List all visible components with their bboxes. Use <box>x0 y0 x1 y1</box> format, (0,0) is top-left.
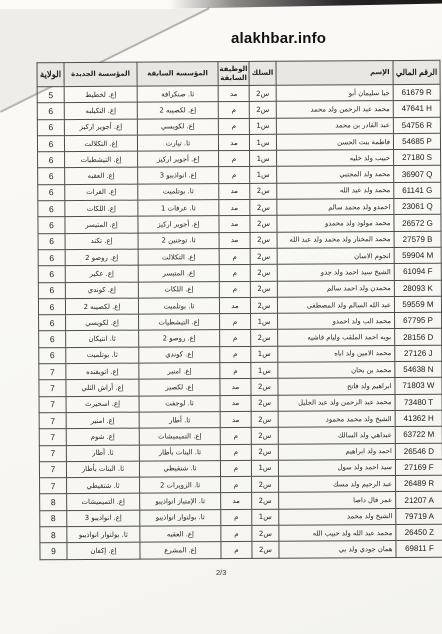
cell-new-institution: إع. التكلالت <box>64 135 137 152</box>
cell-previous-job: م <box>221 509 252 525</box>
cell-name: احمدو ولد محمد سالم <box>277 199 394 216</box>
cell-new-institution: ثا. أطار <box>66 445 139 462</box>
cell-previous-job: م <box>221 525 252 541</box>
cell-corps: س2 <box>250 232 277 248</box>
cell-wilaya: 7 <box>39 413 66 429</box>
cell-wilaya: 7 <box>39 396 66 412</box>
cell-previous-job: م <box>218 118 249 134</box>
cell-previous-institution: ثا. الإمتياز انواذيبو <box>140 493 221 510</box>
cell-wilaya: 6 <box>37 119 64 135</box>
cell-name: محمدن ولد احمد سالم <box>277 280 394 297</box>
cell-name: الشيخ سيد احمد ولد جدو <box>277 264 394 281</box>
cell-new-institution: إع. الفرات <box>65 184 138 201</box>
cell-financial-id: 61141 G <box>394 182 441 199</box>
cell-previous-institution: ثا. توجنين 2 <box>138 232 219 249</box>
cell-name: عبداهي ولد السالك <box>278 427 395 444</box>
cell-previous-institution: إع. التكلالت <box>138 249 219 266</box>
cell-wilaya: 6 <box>38 184 65 200</box>
cell-corps: س2 <box>251 395 278 411</box>
cell-previous-institution: إع. لكصير <box>139 379 220 396</box>
cell-corps: س2 <box>251 379 278 395</box>
cell-corps: س1 <box>251 346 278 362</box>
cell-corps: س1 <box>251 313 278 329</box>
site-watermark: alakhbar.info <box>231 30 326 47</box>
cell-wilaya: 7 <box>39 461 66 477</box>
cell-wilaya: 6 <box>39 347 66 363</box>
cell-name: سيد احمد ولد سول <box>278 459 395 476</box>
cell-name: جيا سليمان أبو <box>276 85 393 102</box>
cell-wilaya: 6 <box>39 315 66 331</box>
cell-previous-institution: إع. كوندي <box>139 346 220 363</box>
cell-corps: س1 <box>251 362 278 378</box>
cell-previous-institution: إع. اللكات <box>138 281 219 298</box>
cell-new-institution: إع. اتويفنده <box>66 363 139 380</box>
header-new-institution: المؤسسة الجديدة <box>64 62 137 86</box>
cell-wilaya: 6 <box>38 152 65 168</box>
cell-corps: س2 <box>250 183 277 199</box>
cell-corps: س1 <box>252 509 279 525</box>
cell-new-institution: إع. تكند <box>65 233 138 250</box>
cell-wilaya: 5 <box>37 87 64 103</box>
cell-corps: س2 <box>250 281 277 297</box>
cell-name: عبد الله السالم ولد المصطفى <box>277 296 394 313</box>
cell-wilaya: 7 <box>39 364 66 380</box>
cell-previous-institution: إع. التميميشات <box>139 428 220 445</box>
cell-previous-job: م <box>220 346 251 362</box>
cell-corps: س2 <box>251 411 278 427</box>
cell-corps: س2 <box>251 428 278 444</box>
cell-name: محمد ولد عبد الله <box>277 182 394 199</box>
transfer-table: الرقم المالي الإسم السلك الوظيفة السابقة… <box>36 60 442 560</box>
cell-new-institution: ثا. انتيكان <box>66 331 139 348</box>
cell-new-institution: إع. عكير <box>65 265 138 282</box>
cell-corps: س2 <box>249 85 276 101</box>
cell-previous-institution: إع. التيشطيات <box>139 314 220 331</box>
cell-previous-institution: ثا. بولنوار انواذيبو <box>140 509 221 526</box>
cell-previous-institution: إع. المتيسر <box>138 265 219 282</box>
cell-financial-id: 26546 D <box>395 443 442 460</box>
cell-financial-id: 71803 W <box>395 378 442 395</box>
cell-financial-id: 59559 M <box>394 296 441 313</box>
cell-new-institution: إع. اللكات <box>65 200 138 217</box>
table-header: الرقم المالي الإسم السلك الوظيفة السابقة… <box>37 60 442 87</box>
cell-financial-id: 73480 T <box>395 394 442 411</box>
cell-name: محمد المختار ولد محمد ولد عبد الله <box>277 231 394 248</box>
cell-previous-institution: إع. انواذيبو 3 <box>138 167 219 184</box>
cell-wilaya: 6 <box>38 201 65 217</box>
cell-corps: س2 <box>252 542 279 558</box>
cell-wilaya: 7 <box>39 429 66 445</box>
cell-name: الشيخ ولد محمد محمود <box>278 410 395 427</box>
cell-name: محمد مولود ولد محمدو <box>277 215 394 232</box>
cell-corps: س1 <box>249 118 276 134</box>
cell-new-institution: إع. لكصيبه 2 <box>65 298 138 315</box>
cell-corps: س2 <box>249 102 276 118</box>
cell-previous-institution: ثا. عرفات 1 <box>138 200 219 217</box>
cell-financial-id: 61679 R <box>393 84 440 101</box>
cell-name: عبد القادر بن محمد <box>276 117 393 134</box>
cell-previous-institution: إع. أجوير اركيز <box>138 216 219 233</box>
cell-name: محمد الامين ولد اباه <box>278 345 395 362</box>
cell-name: بويه احمد الملقب وليام فاشيه <box>278 329 395 346</box>
cell-previous-job: مد <box>219 297 250 313</box>
cell-wilaya: 6 <box>39 331 66 347</box>
table-row: 50 69811 F همان جودي ولد بي س2 م إع. الم… <box>40 540 442 559</box>
cell-previous-institution: إع. لكويسي <box>137 118 218 135</box>
cell-financial-id: 54756 R <box>393 117 440 134</box>
cell-new-institution: ثا. بولنوار انواذيبو <box>67 526 140 543</box>
cell-corps: س2 <box>251 444 278 460</box>
cell-financial-id: 47641 H <box>393 101 440 118</box>
cell-wilaya: 6 <box>38 298 65 314</box>
cell-previous-job: مد <box>219 183 250 199</box>
transfer-table-wrapper: الرقم المالي الإسم السلك الوظيفة السابقة… <box>36 60 442 560</box>
cell-new-institution: إع. التيشطيات <box>65 151 138 168</box>
cell-corps: س2 <box>252 525 279 541</box>
cell-financial-id: 27180 S <box>394 149 441 166</box>
scanner-edge-strip <box>170 0 442 9</box>
cell-financial-id: 41362 H <box>395 410 442 427</box>
cell-corps: س1 <box>249 134 276 150</box>
cell-financial-id: 26572 G <box>394 215 441 232</box>
cell-new-institution: إع. أجوير اركيز <box>64 119 137 136</box>
cell-previous-institution: ثا. تيارت <box>137 135 218 152</box>
cell-previous-job: م <box>218 102 249 118</box>
cell-previous-institution: إع. امنير <box>139 363 220 380</box>
cell-previous-job: مد <box>220 395 251 411</box>
cell-financial-id: 61094 F <box>394 264 441 281</box>
cell-previous-job: مد <box>219 232 250 248</box>
header-previous-job: الوظيفة السابقة <box>218 61 249 85</box>
cell-previous-institution: إع. المشرع <box>140 542 221 559</box>
header-previous-institution: المؤسسة السابقة <box>137 62 218 86</box>
cell-new-institution: إع. التكيلبه <box>64 102 137 119</box>
page-number: 2/3 <box>216 568 226 577</box>
cell-name: محمد ولد المجتبي <box>277 166 394 183</box>
cell-financial-id: 54685 P <box>393 133 440 150</box>
cell-previous-job: م <box>220 314 251 330</box>
cell-previous-job: م <box>220 444 251 460</box>
cell-name: عمر فال داصا <box>279 492 396 509</box>
cell-name: همان جودي ولد بي <box>279 541 396 558</box>
cell-wilaya: 7 <box>39 445 66 461</box>
cell-new-institution: إع. العقبه <box>65 168 138 185</box>
cell-previous-job: م <box>220 362 251 378</box>
cell-previous-institution: ثا. أطار <box>139 412 220 429</box>
cell-previous-institution: إع. لكصيبه 2 <box>137 102 218 119</box>
cell-previous-job: م <box>221 542 252 558</box>
cell-corps: س1 <box>250 150 277 166</box>
cell-previous-job: م <box>220 460 251 476</box>
cell-wilaya: 7 <box>40 478 67 494</box>
cell-financial-id: 79719 A <box>396 508 442 525</box>
cell-wilaya: 6 <box>38 168 65 184</box>
cell-financial-id: 63722 M <box>395 427 442 444</box>
cell-financial-id: 67795 P <box>395 312 442 329</box>
cell-financial-id: 27169 F <box>395 459 442 476</box>
cell-wilaya: 8 <box>40 510 67 526</box>
cell-corps: س2 <box>250 265 277 281</box>
cell-corps: س2 <box>251 330 278 346</box>
cell-corps: س2 <box>252 493 279 509</box>
cell-previous-job: م <box>219 167 250 183</box>
cell-wilaya: 7 <box>39 380 66 396</box>
cell-previous-job: مد <box>219 200 250 216</box>
cell-wilaya: 8 <box>40 527 67 543</box>
cell-corps: س2 <box>250 199 277 215</box>
cell-previous-job: م <box>219 281 250 297</box>
cell-corps: س2 <box>250 216 277 232</box>
cell-wilaya: 6 <box>38 266 65 282</box>
cell-new-institution: إع. امنير <box>66 412 139 429</box>
cell-financial-id: 27579 B <box>394 231 441 248</box>
table-body: 22 61679 R جيا سليمان أبو س2 مد ثا. صنكر… <box>37 84 442 559</box>
cell-previous-job: م <box>220 428 251 444</box>
cell-name: ابراهيم ولد فاتح <box>278 378 395 395</box>
cell-new-institution: ثا. البنات بأطار <box>66 461 139 478</box>
cell-previous-job: مد <box>220 379 251 395</box>
cell-new-institution: إع. روصو 2 <box>65 249 138 266</box>
cell-wilaya: 6 <box>38 217 65 233</box>
cell-new-institution: إع. لخطيط <box>64 86 137 103</box>
cell-previous-job: م <box>219 151 250 167</box>
cell-previous-job: مد <box>221 493 252 509</box>
cell-financial-id: 27126 J <box>395 345 442 362</box>
cell-new-institution: ثا. بوتلميت <box>66 347 139 364</box>
cell-new-institution: إع. التميميشات <box>67 494 140 511</box>
cell-financial-id: 23061 Q <box>394 198 441 215</box>
cell-corps: س1 <box>250 167 277 183</box>
cell-previous-job: م <box>221 477 252 493</box>
cell-previous-institution: ثا. شنقيطي <box>139 460 220 477</box>
cell-name: احمد ولد ابراهيم <box>278 443 395 460</box>
cell-previous-job: مد <box>219 216 250 232</box>
scanned-document-page: alakhbar.info الرقم المالي الإسم السلك ا… <box>0 0 442 634</box>
cell-previous-institution: إع. روصو 2 <box>139 330 220 347</box>
cell-name: حبيب ولد خليه <box>277 150 394 167</box>
cell-corps: س2 <box>250 248 277 264</box>
cell-previous-institution: ثا. لوجفت <box>139 395 220 412</box>
header-financial-id: الرقم المالي <box>393 60 440 84</box>
cell-previous-job: م <box>219 265 250 281</box>
cell-wilaya: 8 <box>40 494 67 510</box>
cell-financial-id: 54638 N <box>395 361 442 378</box>
cell-financial-id: 59904 M <box>394 247 441 264</box>
cell-new-institution: إع. شوم <box>66 428 139 445</box>
cell-wilaya: 6 <box>38 282 65 298</box>
cell-name: فاطمة بنت الحسن <box>276 133 393 150</box>
table-header-row: الرقم المالي الإسم السلك الوظيفة السابقة… <box>37 60 442 87</box>
cell-previous-job: مد <box>218 85 249 101</box>
cell-name: محمد عبد الله ولد حبيب الله <box>279 525 396 542</box>
cell-new-institution: إع. انواذيبو 3 <box>67 510 140 527</box>
cell-previous-job: م <box>220 330 251 346</box>
cell-financial-id: 21207 A <box>396 492 442 509</box>
header-name: الإسم <box>276 61 393 86</box>
cell-previous-job: مد <box>218 134 249 150</box>
cell-financial-id: 28156 D <box>395 329 442 346</box>
cell-name: عبد الرحيم ولد مسك <box>279 476 396 493</box>
cell-corps: س2 <box>250 297 277 313</box>
cell-wilaya: 9 <box>40 543 67 559</box>
cell-name: الشيخ ولد محمد <box>279 508 396 525</box>
cell-previous-institution: ثا. صنكرافة <box>137 86 218 103</box>
cell-new-institution: إع. المتيسر <box>65 216 138 233</box>
cell-name: محمد عبد الرحمن ولد عبد الجليل <box>278 394 395 411</box>
cell-financial-id: 69811 F <box>396 541 442 558</box>
cell-previous-institution: ثا. بوتلميت <box>138 183 219 200</box>
cell-wilaya: 6 <box>38 233 65 249</box>
cell-corps: س2 <box>252 476 279 492</box>
cell-new-institution: ثا. شنقيطي <box>67 477 140 494</box>
cell-name: انجوم الاسان <box>277 248 394 265</box>
cell-previous-job: مد <box>220 411 251 427</box>
cell-new-institution: إع. كوندي <box>65 282 138 299</box>
cell-financial-id: 36907 Q <box>394 166 441 183</box>
cell-wilaya: 6 <box>37 135 64 151</box>
cell-previous-job: م <box>219 248 250 264</box>
cell-previous-institution: ثا. البنات بأطار <box>139 444 220 461</box>
cell-previous-institution: ثا. بوتلميت <box>138 297 219 314</box>
cell-previous-institution: ثا. الزويرات 2 <box>140 477 221 494</box>
cell-new-institution: إع. أراش الثلي <box>66 379 139 396</box>
cell-wilaya: 6 <box>37 103 64 119</box>
cell-corps: س1 <box>251 460 278 476</box>
cell-financial-id: 26489 R <box>396 475 442 492</box>
cell-new-institution: إع. إكفان <box>67 542 140 559</box>
cell-name: محمد عبد الرحمن ولد محمد <box>276 101 393 118</box>
cell-new-institution: إع. اسحيرث <box>66 396 139 413</box>
header-corps: السلك <box>249 61 276 85</box>
cell-financial-id: 28093 K <box>394 280 441 297</box>
cell-wilaya: 6 <box>38 250 65 266</box>
cell-name: محمد الب ولد احمدو <box>278 313 395 330</box>
cell-name: محمد بن بحان <box>278 362 395 379</box>
cell-previous-institution: إع. أجوير اركيز <box>138 151 219 168</box>
cell-previous-institution: إع. العقبه <box>140 526 221 543</box>
header-wilaya: الولاية <box>37 63 64 87</box>
cell-new-institution: إع. لكويسي <box>66 314 139 331</box>
cell-financial-id: 26450 Z <box>396 524 442 541</box>
